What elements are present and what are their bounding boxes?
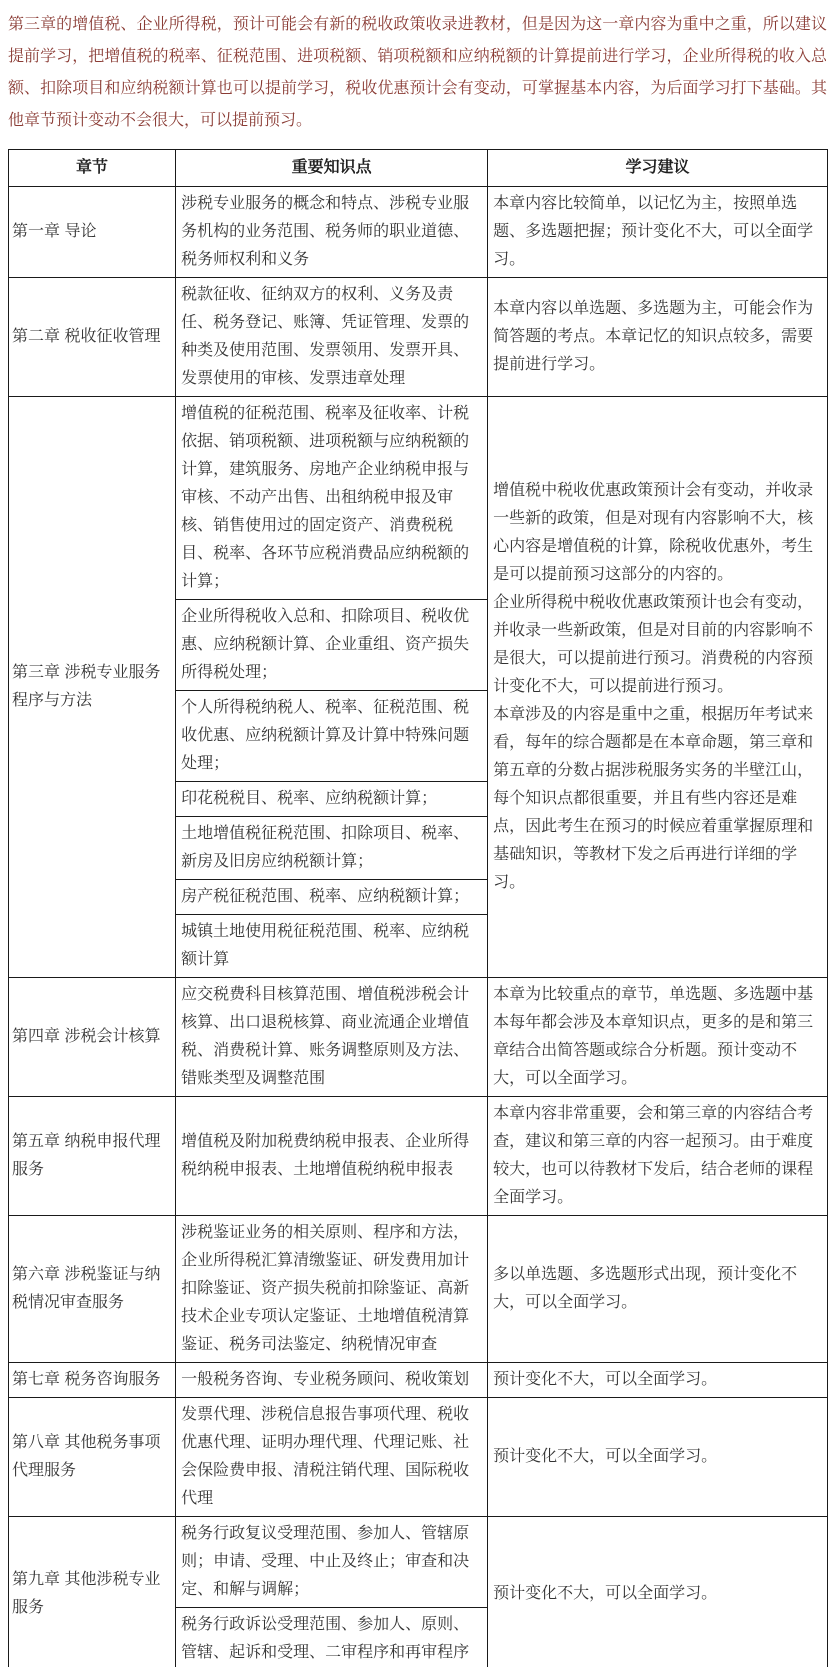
chapter-cell: 第五章 纳税申报代理服务	[9, 1097, 176, 1216]
advice-cell: 多以单选题、多选题形式出现，预计变化不大，可以全面学习。	[488, 1216, 828, 1363]
knowledge-cell: 印花税税目、税率、应纳税额计算；	[176, 782, 488, 817]
knowledge-cell: 发票代理、涉税信息报告事项代理、税收优惠代理、证明办理代理、代理记账、社会保险费…	[176, 1398, 488, 1517]
advice-cell: 本章内容非常重要，会和第三章的内容结合考查，建议和第三章的内容一起预习。由于难度…	[488, 1097, 828, 1216]
col-header-knowledge: 重要知识点	[176, 150, 488, 187]
table-row: 第九章 其他涉税专业服务 税务行政复议受理范围、参加人、管辖原则；申请、受理、中…	[9, 1517, 828, 1608]
advice-cell: 本章内容比较简单，以记忆为主，按照单选题、多选题把握；预计变化不大，可以全面学习…	[488, 187, 828, 278]
col-header-advice: 学习建议	[488, 150, 828, 187]
knowledge-cell: 应交税费科目核算范围、增值税涉税会计核算、出口退税核算、商业流通企业增值税、消费…	[176, 978, 488, 1097]
knowledge-cell: 一般税务咨询、专业税务顾问、税收策划	[176, 1363, 488, 1398]
advice-cell: 本章内容以单选题、多选题为主，可能会作为简答题的考点。本章记忆的知识点较多，需要…	[488, 278, 828, 397]
table-row: 第三章 涉税专业服务程序与方法 增值税的征税范围、税率及征收率、计税依据、销项税…	[9, 397, 828, 600]
table-row: 第七章 税务咨询服务 一般税务咨询、专业税务顾问、税收策划 预计变化不大，可以全…	[9, 1363, 828, 1398]
knowledge-cell: 城镇土地使用税征税范围、税率、应纳税额计算	[176, 915, 488, 978]
chapter-cell: 第四章 涉税会计核算	[9, 978, 176, 1097]
chapters-table: 章节 重要知识点 学习建议 第一章 导论 涉税专业服务的概念和特点、涉税专业服务…	[8, 149, 828, 1667]
advice-cell: 增值税中税收优惠政策预计会有变动，并收录一些新的政策，但是对现有内容影响不大，核…	[488, 397, 828, 978]
chapter-cell: 第六章 涉税鉴证与纳税情况审查服务	[9, 1216, 176, 1363]
chapter-cell: 第三章 涉税专业服务程序与方法	[9, 397, 176, 978]
chapter-cell: 第二章 税收征收管理	[9, 278, 176, 397]
chapter-cell: 第八章 其他税务事项代理服务	[9, 1398, 176, 1517]
chapter-cell: 第九章 其他涉税专业服务	[9, 1517, 176, 1667]
knowledge-cell: 增值税及附加税费纳税申报表、企业所得税纳税申报表、土地增值税纳税申报表	[176, 1097, 488, 1216]
knowledge-cell: 企业所得税收入总和、扣除项目、税收优惠、应纳税额计算、企业重组、资产损失所得税处…	[176, 600, 488, 691]
knowledge-cell: 税款征收、征纳双方的权利、义务及责任、税务登记、账簿、凭证管理、发票的种类及使用…	[176, 278, 488, 397]
knowledge-cell: 房产税征税范围、税率、应纳税额计算；	[176, 880, 488, 915]
knowledge-cell: 涉税鉴证业务的相关原则、程序和方法，企业所得税汇算清缴鉴证、研发费用加计扣除鉴证…	[176, 1216, 488, 1363]
advice-cell: 预计变化不大，可以全面学习。	[488, 1398, 828, 1517]
table-row: 第六章 涉税鉴证与纳税情况审查服务 涉税鉴证业务的相关原则、程序和方法，企业所得…	[9, 1216, 828, 1363]
chapter-cell: 第一章 导论	[9, 187, 176, 278]
document-page: 正保会计网校 www.chinaacc.com 正保会计网校 www.china…	[0, 0, 835, 1667]
knowledge-cell: 税务行政复议受理范围、参加人、管辖原则；申请、受理、中止及终止；审查和决定、和解…	[176, 1517, 488, 1608]
table-row: 第五章 纳税申报代理服务 增值税及附加税费纳税申报表、企业所得税纳税申报表、土地…	[9, 1097, 828, 1216]
chapter-cell: 第七章 税务咨询服务	[9, 1363, 176, 1398]
advice-cell: 预计变化不大，可以全面学习。	[488, 1517, 828, 1667]
table-row: 第二章 税收征收管理 税款征收、征纳双方的权利、义务及责任、税务登记、账簿、凭证…	[9, 278, 828, 397]
intro-paragraph: 第三章的增值税、企业所得税，预计可能会有新的税收政策收录进教材，但是因为这一章内…	[0, 0, 835, 147]
table-header-row: 章节 重要知识点 学习建议	[9, 150, 828, 187]
knowledge-cell: 增值税的征税范围、税率及征收率、计税依据、销项税额、进项税额与应纳税额的计算，建…	[176, 397, 488, 600]
knowledge-cell: 个人所得税纳税人、税率、征税范围、税收优惠、应纳税额计算及计算中特殊问题处理；	[176, 691, 488, 782]
col-header-chapter: 章节	[9, 150, 176, 187]
advice-cell: 预计变化不大，可以全面学习。	[488, 1363, 828, 1398]
table-row: 第四章 涉税会计核算 应交税费科目核算范围、增值税涉税会计核算、出口退税核算、商…	[9, 978, 828, 1097]
knowledge-cell: 税务行政诉讼受理范围、参加人、原则、管辖、起诉和受理、二审程序和再审程序	[176, 1608, 488, 1667]
knowledge-cell: 土地增值税征税范围、扣除项目、税率、新房及旧房应纳税额计算；	[176, 817, 488, 880]
table-row: 第八章 其他税务事项代理服务 发票代理、涉税信息报告事项代理、税收优惠代理、证明…	[9, 1398, 828, 1517]
knowledge-cell: 涉税专业服务的概念和特点、涉税专业服务机构的业务范围、税务师的职业道德、税务师权…	[176, 187, 488, 278]
table-row: 第一章 导论 涉税专业服务的概念和特点、涉税专业服务机构的业务范围、税务师的职业…	[9, 187, 828, 278]
advice-cell: 本章为比较重点的章节，单选题、多选题中基本每年都会涉及本章知识点，更多的是和第三…	[488, 978, 828, 1097]
